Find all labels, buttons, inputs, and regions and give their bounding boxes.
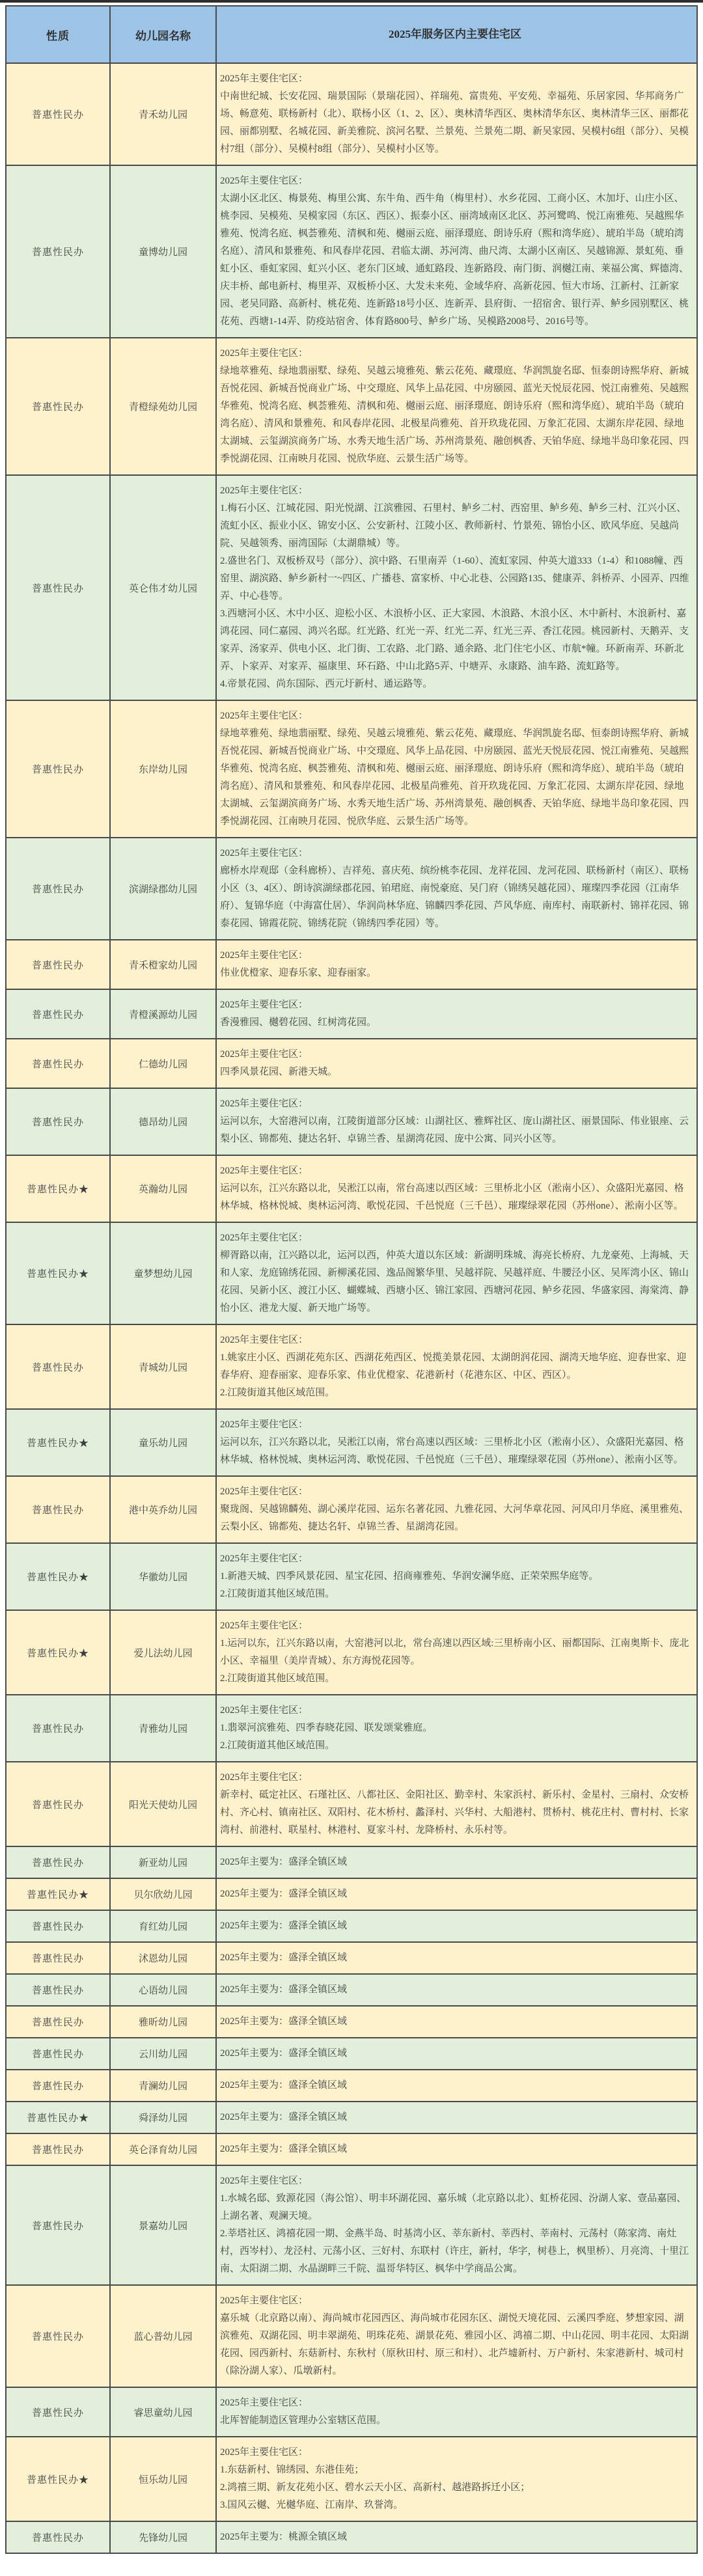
- service-area-cell: 2025年主要为：盛泽全镇区域: [215, 1879, 696, 1910]
- table-row: 普惠性民办 先锋幼儿园 2025年主要为：桃源全镇区域: [7, 2521, 696, 2553]
- kindergarten-name-cell: 恒乐幼儿园: [109, 2437, 215, 2521]
- service-area-cell: 2025年主要住宅区： 运河以东，江兴东路以北，吴淞江以南，常台高速以西区域：三…: [215, 1410, 696, 1475]
- header-service-area: 2025年服务区内主要住宅区: [215, 7, 696, 62]
- table-row: 普惠性民办★ 英瀚幼儿园 2025年主要住宅区： 运河以东，江兴东路以北，吴淞江…: [7, 1155, 696, 1222]
- table-row: 普惠性民办 睿思童幼儿园 2025年主要住宅区： 北厍智能制造区管理办公室辖区范…: [7, 2387, 696, 2436]
- table-row: 普惠性民办 英仑泽育幼儿园 2025年主要为：盛泽全镇区域: [7, 2133, 696, 2165]
- kindergarten-name-cell: 雅昕幼儿园: [109, 2007, 215, 2037]
- service-area-cell: 2025年主要住宅区： 伟业优橙家、迎春乐家、迎春丽家。: [215, 940, 696, 989]
- service-area-cell: 2025年主要住宅区： 绿地萃雅苑、绿地翡丽墅、绿苑、吴越云境雅苑、紫云花苑、藏…: [215, 338, 696, 474]
- nature-cell: 普惠性民办: [7, 1695, 109, 1761]
- kindergarten-name-cell: 青禾幼儿园: [109, 64, 215, 165]
- table-row: 普惠性民办★ 恒乐幼儿园 2025年主要住宅区： 1.东菇新村、锦绣园、东港佳苑…: [7, 2436, 696, 2521]
- table-row: 普惠性民办 新亚幼儿园 2025年主要为：盛泽全镇区域: [7, 1846, 696, 1878]
- kindergarten-name-cell: 先锋幼儿园: [109, 2522, 215, 2553]
- service-area-cell: 2025年主要住宅区： 1.东菇新村、锦绣园、东港佳苑； 2.鸿禧三期、新友花苑…: [215, 2437, 696, 2521]
- service-area-cell: 2025年主要为：盛泽全镇区域: [215, 2038, 696, 2069]
- header-nature: 性质: [7, 7, 109, 62]
- table-row: 普惠性民办 青禾橙家幼儿园 2025年主要住宅区： 伟业优橙家、迎春乐家、迎春丽…: [7, 939, 696, 989]
- service-area-cell: 2025年主要为：盛泽全镇区域: [215, 1943, 696, 1973]
- kindergarten-name-cell: 童博幼儿园: [109, 166, 215, 337]
- nature-cell: 普惠性民办: [7, 1039, 109, 1088]
- table-row: 普惠性民办 蓝心普幼儿园 2025年主要住宅区： 嘉乐城（北京路以南）、海尚城市…: [7, 2284, 696, 2387]
- nature-cell: 普惠性民办★: [7, 2437, 109, 2521]
- service-area-cell: 2025年主要为：盛泽全镇区域: [215, 1847, 696, 1878]
- service-area-cell: 2025年主要为：盛泽全镇区域: [215, 1911, 696, 1941]
- kindergarten-name-cell: 青禾橙家幼儿园: [109, 940, 215, 989]
- service-area-cell: 2025年主要住宅区： 香漫雅园、樾碧花园、红树湾花园。: [215, 990, 696, 1038]
- nature-cell: 普惠性民办: [7, 1911, 109, 1941]
- table-row: 普惠性民办 青城幼儿园 2025年主要住宅区： 1.姚家庄小区、西湖花苑东区、西…: [7, 1324, 696, 1408]
- table-row: 普惠性民办 青橙绿苑幼儿园 2025年主要住宅区： 绿地萃雅苑、绿地翡丽墅、绿苑…: [7, 337, 696, 474]
- nature-cell: 普惠性民办: [7, 1762, 109, 1846]
- kindergarten-name-cell: 舜泽幼儿园: [109, 2102, 215, 2133]
- nature-cell: 普惠性民办★: [7, 1410, 109, 1475]
- nature-cell: 普惠性民办: [7, 2388, 109, 2436]
- service-area-cell: 2025年主要住宅区： 1.新港天城、四季风景花园、星宝花园、招商雍雅苑、华润安…: [215, 1544, 696, 1610]
- nature-cell: 普惠性民办: [7, 2286, 109, 2387]
- nature-cell: 普惠性民办: [7, 1089, 109, 1155]
- nature-cell: 普惠性民办: [7, 2038, 109, 2069]
- service-area-cell: 2025年主要住宅区： 绿地萃雅苑、绿地翡丽墅、绿苑、吴越云境雅苑、紫云花苑、藏…: [215, 701, 696, 837]
- page: 性质 幼儿园名称 2025年服务区内主要住宅区 普惠性民办 青禾幼儿园 2025…: [0, 3, 703, 2571]
- table-row: 普惠性民办★ 华徽幼儿园 2025年主要住宅区： 1.新港天城、四季风景花园、星…: [7, 1542, 696, 1610]
- table-row: 普惠性民办★ 爱儿法幼儿园 2025年主要住宅区： 1.运河以东，江兴东路以南，…: [7, 1610, 696, 1694]
- table-row: 普惠性民办 仁德幼儿园 2025年主要住宅区： 四季风景花园、新港天城。: [7, 1038, 696, 1088]
- kindergarten-name-cell: 沭恩幼儿园: [109, 1943, 215, 1973]
- kindergarten-name-cell: 新亚幼儿园: [109, 1847, 215, 1878]
- nature-cell: 普惠性民办: [7, 64, 109, 165]
- table-row: 普惠性民办★ 贝尔欣幼儿园 2025年主要为：盛泽全镇区域: [7, 1878, 696, 1910]
- table-row: 普惠性民办 德昂幼儿园 2025年主要住宅区： 运河以东，大窑港河以南，江陵街道…: [7, 1088, 696, 1155]
- table-row: 普惠性民办 青雅幼儿园 2025年主要住宅区： 1.翡翠河滨雅苑、四季春晓花园、…: [7, 1694, 696, 1761]
- kindergarten-name-cell: 睿思童幼儿园: [109, 2388, 215, 2436]
- table-row: 普惠性民办 沭恩幼儿园 2025年主要为：盛泽全镇区域: [7, 1941, 696, 1973]
- nature-cell: 普惠性民办★: [7, 1611, 109, 1694]
- kindergarten-name-cell: 青城幼儿园: [109, 1325, 215, 1408]
- nature-cell: 普惠性民办: [7, 1847, 109, 1878]
- service-area-cell: 2025年主要为：桃源全镇区域: [215, 2522, 696, 2553]
- service-area-cell: 2025年主要住宅区： 新幸村、砥定社区、石瑾社区、八都社区、金阳社区、勤幸村、…: [215, 1762, 696, 1846]
- kindergarten-name-cell: 仁德幼儿园: [109, 1039, 215, 1088]
- nature-cell: 普惠性民办★: [7, 1879, 109, 1910]
- header-kindergarten-name: 幼儿园名称: [109, 7, 215, 62]
- service-area-cell: 2025年主要住宅区： 柳胥路以南，江兴路以北，运河以西，仲英大道以东区域：新湖…: [215, 1223, 696, 1324]
- service-area-cell: 2025年主要住宅区： 中南世纪城、长安花园、瑞景国际（景瑞花园）、祥瑞苑、富贵…: [215, 64, 696, 165]
- nature-cell: 普惠性民办: [7, 2134, 109, 2165]
- service-area-cell: 2025年主要住宅区： 运河以东，江兴东路以北，吴淞江以南，常台高速以西区域：三…: [215, 1156, 696, 1222]
- kindergarten-name-cell: 东岸幼儿园: [109, 701, 215, 837]
- nature-cell: 普惠性民办★: [7, 1156, 109, 1222]
- table-row: 普惠性民办 青橙溪源幼儿园 2025年主要住宅区： 香漫雅园、樾碧花园、红树湾花…: [7, 989, 696, 1038]
- kindergarten-name-cell: 爱儿法幼儿园: [109, 1611, 215, 1694]
- table-row: 普惠性民办 青澜幼儿园 2025年主要为：盛泽全镇区域: [7, 2069, 696, 2101]
- kindergarten-name-cell: 港中英乔幼儿园: [109, 1477, 215, 1542]
- nature-cell: 普惠性民办: [7, 940, 109, 989]
- kindergarten-name-cell: 蓝心普幼儿园: [109, 2286, 215, 2387]
- service-area-cell: 2025年主要住宅区： 四季风景花园、新港天城。: [215, 1039, 696, 1088]
- nature-cell: 普惠性民办★: [7, 2102, 109, 2133]
- kindergarten-name-cell: 育红幼儿园: [109, 1911, 215, 1941]
- service-area-cell: 2025年主要为：盛泽全镇区域: [215, 2070, 696, 2101]
- table-row: 普惠性民办 英仑伟才幼儿园 2025年主要住宅区： 1.梅石小区、江城花园、阳光…: [7, 474, 696, 700]
- kindergarten-name-cell: 心语幼儿园: [109, 1975, 215, 2005]
- nature-cell: 普惠性民办: [7, 1325, 109, 1408]
- kindergarten-name-cell: 英瀚幼儿园: [109, 1156, 215, 1222]
- service-area-cell: 2025年主要为：盛泽全镇区域: [215, 2102, 696, 2133]
- table-header-row: 性质 幼儿园名称 2025年服务区内主要住宅区: [7, 7, 696, 62]
- kindergarten-name-cell: 童梦想幼儿园: [109, 1223, 215, 1324]
- nature-cell: 普惠性民办: [7, 166, 109, 337]
- nature-cell: 普惠性民办: [7, 990, 109, 1038]
- service-area-cell: 2025年主要为：盛泽全镇区域: [215, 2134, 696, 2165]
- kindergarten-name-cell: 云川幼儿园: [109, 2038, 215, 2069]
- kindergarten-name-cell: 英仑泽育幼儿园: [109, 2134, 215, 2165]
- table-row: 普惠性民办 港中英乔幼儿园 2025年主要住宅区： 聚珑阁、吴越锦麟苑、湖心溪岸…: [7, 1475, 696, 1542]
- service-area-cell: 2025年主要住宅区： 运河以东，大窑港河以南，江陵街道部分区域：山湖社区、雅辉…: [215, 1089, 696, 1155]
- table-row: 普惠性民办 青禾幼儿园 2025年主要住宅区： 中南世纪城、长安花园、瑞景国际（…: [7, 62, 696, 165]
- kindergarten-service-area-table: 性质 幼儿园名称 2025年服务区内主要住宅区 普惠性民办 青禾幼儿园 2025…: [5, 5, 698, 2554]
- nature-cell: 普惠性民办: [7, 701, 109, 837]
- nature-cell: 普惠性民办: [7, 2522, 109, 2553]
- kindergarten-name-cell: 青雅幼儿园: [109, 1695, 215, 1761]
- kindergarten-name-cell: 童乐幼儿园: [109, 1410, 215, 1475]
- table-row: 普惠性民办★ 童梦想幼儿园 2025年主要住宅区： 柳胥路以南，江兴路以北，运河…: [7, 1222, 696, 1324]
- kindergarten-name-cell: 华徽幼儿园: [109, 1544, 215, 1610]
- kindergarten-name-cell: 青橙溪源幼儿园: [109, 990, 215, 1038]
- nature-cell: 普惠性民办★: [7, 1223, 109, 1324]
- nature-cell: 普惠性民办: [7, 338, 109, 474]
- nature-cell: 普惠性民办: [7, 1975, 109, 2005]
- table-row: 普惠性民办 景嘉幼儿园 2025年主要住宅区： 1.水城名邸、致源花园（海公馆）…: [7, 2165, 696, 2284]
- table-row: 普惠性民办★ 舜泽幼儿园 2025年主要为：盛泽全镇区域: [7, 2101, 696, 2133]
- table-row: 普惠性民办 滨湖绿郡幼儿园 2025年主要住宅区： 廊桥水岸观邸（金科廊桥）、吉…: [7, 837, 696, 939]
- kindergarten-name-cell: 阳光天使幼儿园: [109, 1762, 215, 1846]
- service-area-cell: 2025年主要住宅区： 北厍智能制造区管理办公室辖区范围。: [215, 2388, 696, 2436]
- table-row: 普惠性民办 育红幼儿园 2025年主要为：盛泽全镇区域: [7, 1910, 696, 1941]
- nature-cell: 普惠性民办: [7, 2070, 109, 2101]
- kindergarten-name-cell: 景嘉幼儿园: [109, 2166, 215, 2284]
- service-area-cell: 2025年主要住宅区： 1.水城名邸、致源花园（海公馆）、明丰环湖花园、嘉乐城（…: [215, 2166, 696, 2284]
- service-area-cell: 2025年主要住宅区： 嘉乐城（北京路以南）、海尚城市花园西区、海尚城市花园东区…: [215, 2286, 696, 2387]
- table-row: 普惠性民办 东岸幼儿园 2025年主要住宅区： 绿地萃雅苑、绿地翡丽墅、绿苑、吴…: [7, 700, 696, 837]
- nature-cell: 普惠性民办: [7, 838, 109, 939]
- table-row: 普惠性民办★ 童乐幼儿园 2025年主要住宅区： 运河以东，江兴东路以北，吴淞江…: [7, 1408, 696, 1475]
- service-area-cell: 2025年主要住宅区： 聚珑阁、吴越锦麟苑、湖心溪岸花园、运东名著花园、九雅花园…: [215, 1477, 696, 1542]
- table-row: 普惠性民办 云川幼儿园 2025年主要为：盛泽全镇区域: [7, 2037, 696, 2069]
- service-area-cell: 2025年主要为：盛泽全镇区域: [215, 2007, 696, 2037]
- nature-cell: 普惠性民办: [7, 1477, 109, 1542]
- kindergarten-name-cell: 滨湖绿郡幼儿园: [109, 838, 215, 939]
- service-area-cell: 2025年主要住宅区： 1.姚家庄小区、西湖花苑东区、西湖花苑西区、悦揽美景花园…: [215, 1325, 696, 1408]
- kindergarten-name-cell: 贝尔欣幼儿园: [109, 1879, 215, 1910]
- table-row: 普惠性民办 雅昕幼儿园 2025年主要为：盛泽全镇区域: [7, 2005, 696, 2037]
- nature-cell: 普惠性民办: [7, 476, 109, 700]
- table-row: 普惠性民办 童博幼儿园 2025年主要住宅区： 太湖小区北区、梅景苑、梅里公寓、…: [7, 165, 696, 337]
- nature-cell: 普惠性民办: [7, 2166, 109, 2284]
- service-area-cell: 2025年主要为：盛泽全镇区域: [215, 1975, 696, 2005]
- service-area-cell: 2025年主要住宅区： 1.翡翠河滨雅苑、四季春晓花园、联发颂棠雅庭。 2.江陵…: [215, 1695, 696, 1761]
- kindergarten-name-cell: 青橙绿苑幼儿园: [109, 338, 215, 474]
- table-row: 普惠性民办 心语幼儿园 2025年主要为：盛泽全镇区域: [7, 1973, 696, 2005]
- service-area-cell: 2025年主要住宅区： 1.运河以东，江兴东路以南，大窑港河以北，常台高速以西区…: [215, 1611, 696, 1694]
- table-row: 普惠性民办 阳光天使幼儿园 2025年主要住宅区： 新幸村、砥定社区、石瑾社区、…: [7, 1761, 696, 1846]
- service-area-cell: 2025年主要住宅区： 太湖小区北区、梅景苑、梅里公寓、东牛角、西牛角（梅里村）…: [215, 166, 696, 337]
- service-area-cell: 2025年主要住宅区： 1.梅石小区、江城花园、阳光悦湖、江滨雅园、石里村、鲈乡…: [215, 476, 696, 700]
- kindergarten-name-cell: 青澜幼儿园: [109, 2070, 215, 2101]
- nature-cell: 普惠性民办★: [7, 1544, 109, 1610]
- service-area-cell: 2025年主要住宅区： 廊桥水岸观邸（金科廊桥）、吉祥苑、喜庆苑、缤纷桃李花园、…: [215, 838, 696, 939]
- nature-cell: 普惠性民办: [7, 1943, 109, 1973]
- kindergarten-name-cell: 英仑伟才幼儿园: [109, 476, 215, 700]
- nature-cell: 普惠性民办: [7, 2007, 109, 2037]
- kindergarten-name-cell: 德昂幼儿园: [109, 1089, 215, 1155]
